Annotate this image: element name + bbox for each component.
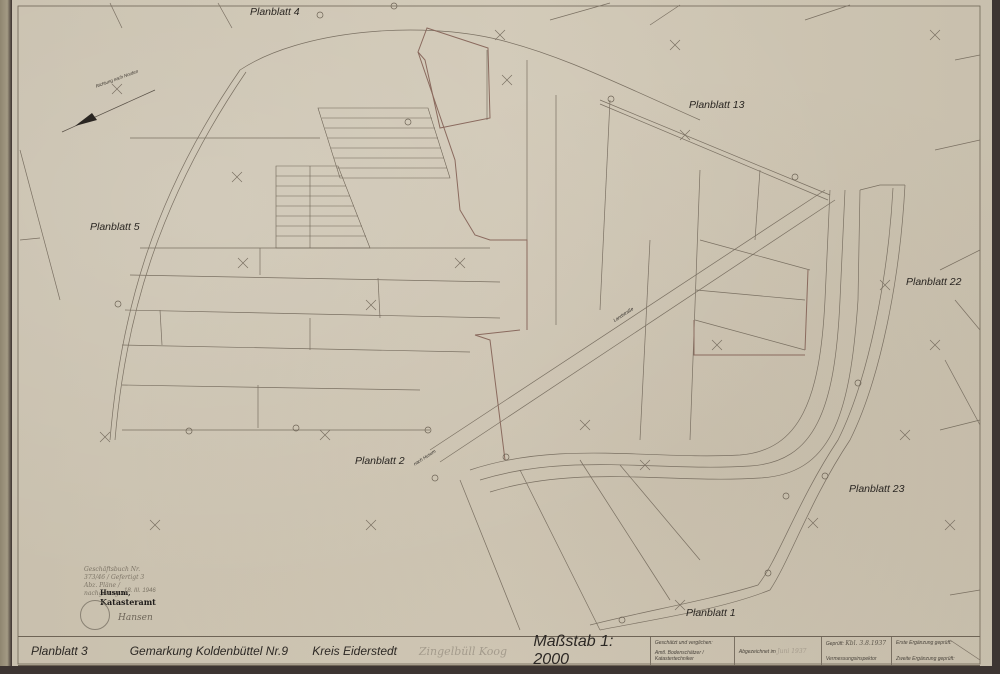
checked-label: Geprüft:	[826, 641, 844, 647]
label-planblatt-5: Planblatt 5	[90, 221, 140, 233]
label-planblatt-23: Planblatt 23	[849, 483, 904, 495]
stamp-office: Katasteramt	[100, 597, 156, 607]
compared-sub: Amtl. Bodenschätzer / Katastertechniker	[655, 650, 730, 662]
label-planblatt-22: Planblatt 22	[906, 276, 961, 288]
cell-supplements: Erste Ergänzung geprüft: Zweite Ergänzun…	[891, 637, 980, 665]
first-supplement: Erste Ergänzung geprüft:	[896, 640, 976, 646]
title-block: Planblatt 3 Gemarkung Koldenbüttel Nr.9 …	[18, 636, 980, 666]
cell-drawn: Abgezeichnet im Juni 1937	[734, 637, 821, 665]
second-supplement: Zweite Ergänzung geprüft:	[896, 656, 976, 662]
label-planblatt-4: Planblatt 4	[250, 6, 300, 18]
checked-value: Kbl. 3.8.1937	[845, 640, 886, 647]
label-planblatt-2: Planblatt 2	[355, 455, 405, 467]
label-planblatt-1: Planblatt 1	[686, 607, 736, 619]
label-planblatt-13: Planblatt 13	[689, 99, 744, 111]
drawn-label: Abgezeichnet im	[739, 649, 776, 655]
stamp-date: 18. III. 1946	[124, 588, 156, 594]
map-scale: Maßstab 1: 2000	[533, 637, 649, 665]
compared-label: Geschätzt und verglichen:	[655, 640, 730, 646]
district-name: Gemarkung Koldenbüttel Nr.9	[130, 637, 313, 665]
drawn-value: Juni 1937	[777, 648, 806, 655]
official-seal-icon	[80, 600, 110, 630]
checked-sub: Vermessungsinspektor	[826, 656, 887, 662]
cell-compared: Geschätzt und verglichen: Amtl. Bodensch…	[650, 637, 734, 665]
sheet-number: Planblatt 3	[18, 637, 130, 665]
north-arrow-icon	[62, 90, 155, 132]
handwritten-note: Zingelbüll Koog	[419, 637, 534, 665]
stamp-signature: Hansen	[118, 613, 153, 623]
county-name: Kreis Eiderstedt	[312, 637, 419, 665]
survey-points	[115, 3, 861, 623]
cell-checked: Geprüft: Kbl. 3.8.1937 Vermessungsinspek…	[821, 637, 891, 665]
